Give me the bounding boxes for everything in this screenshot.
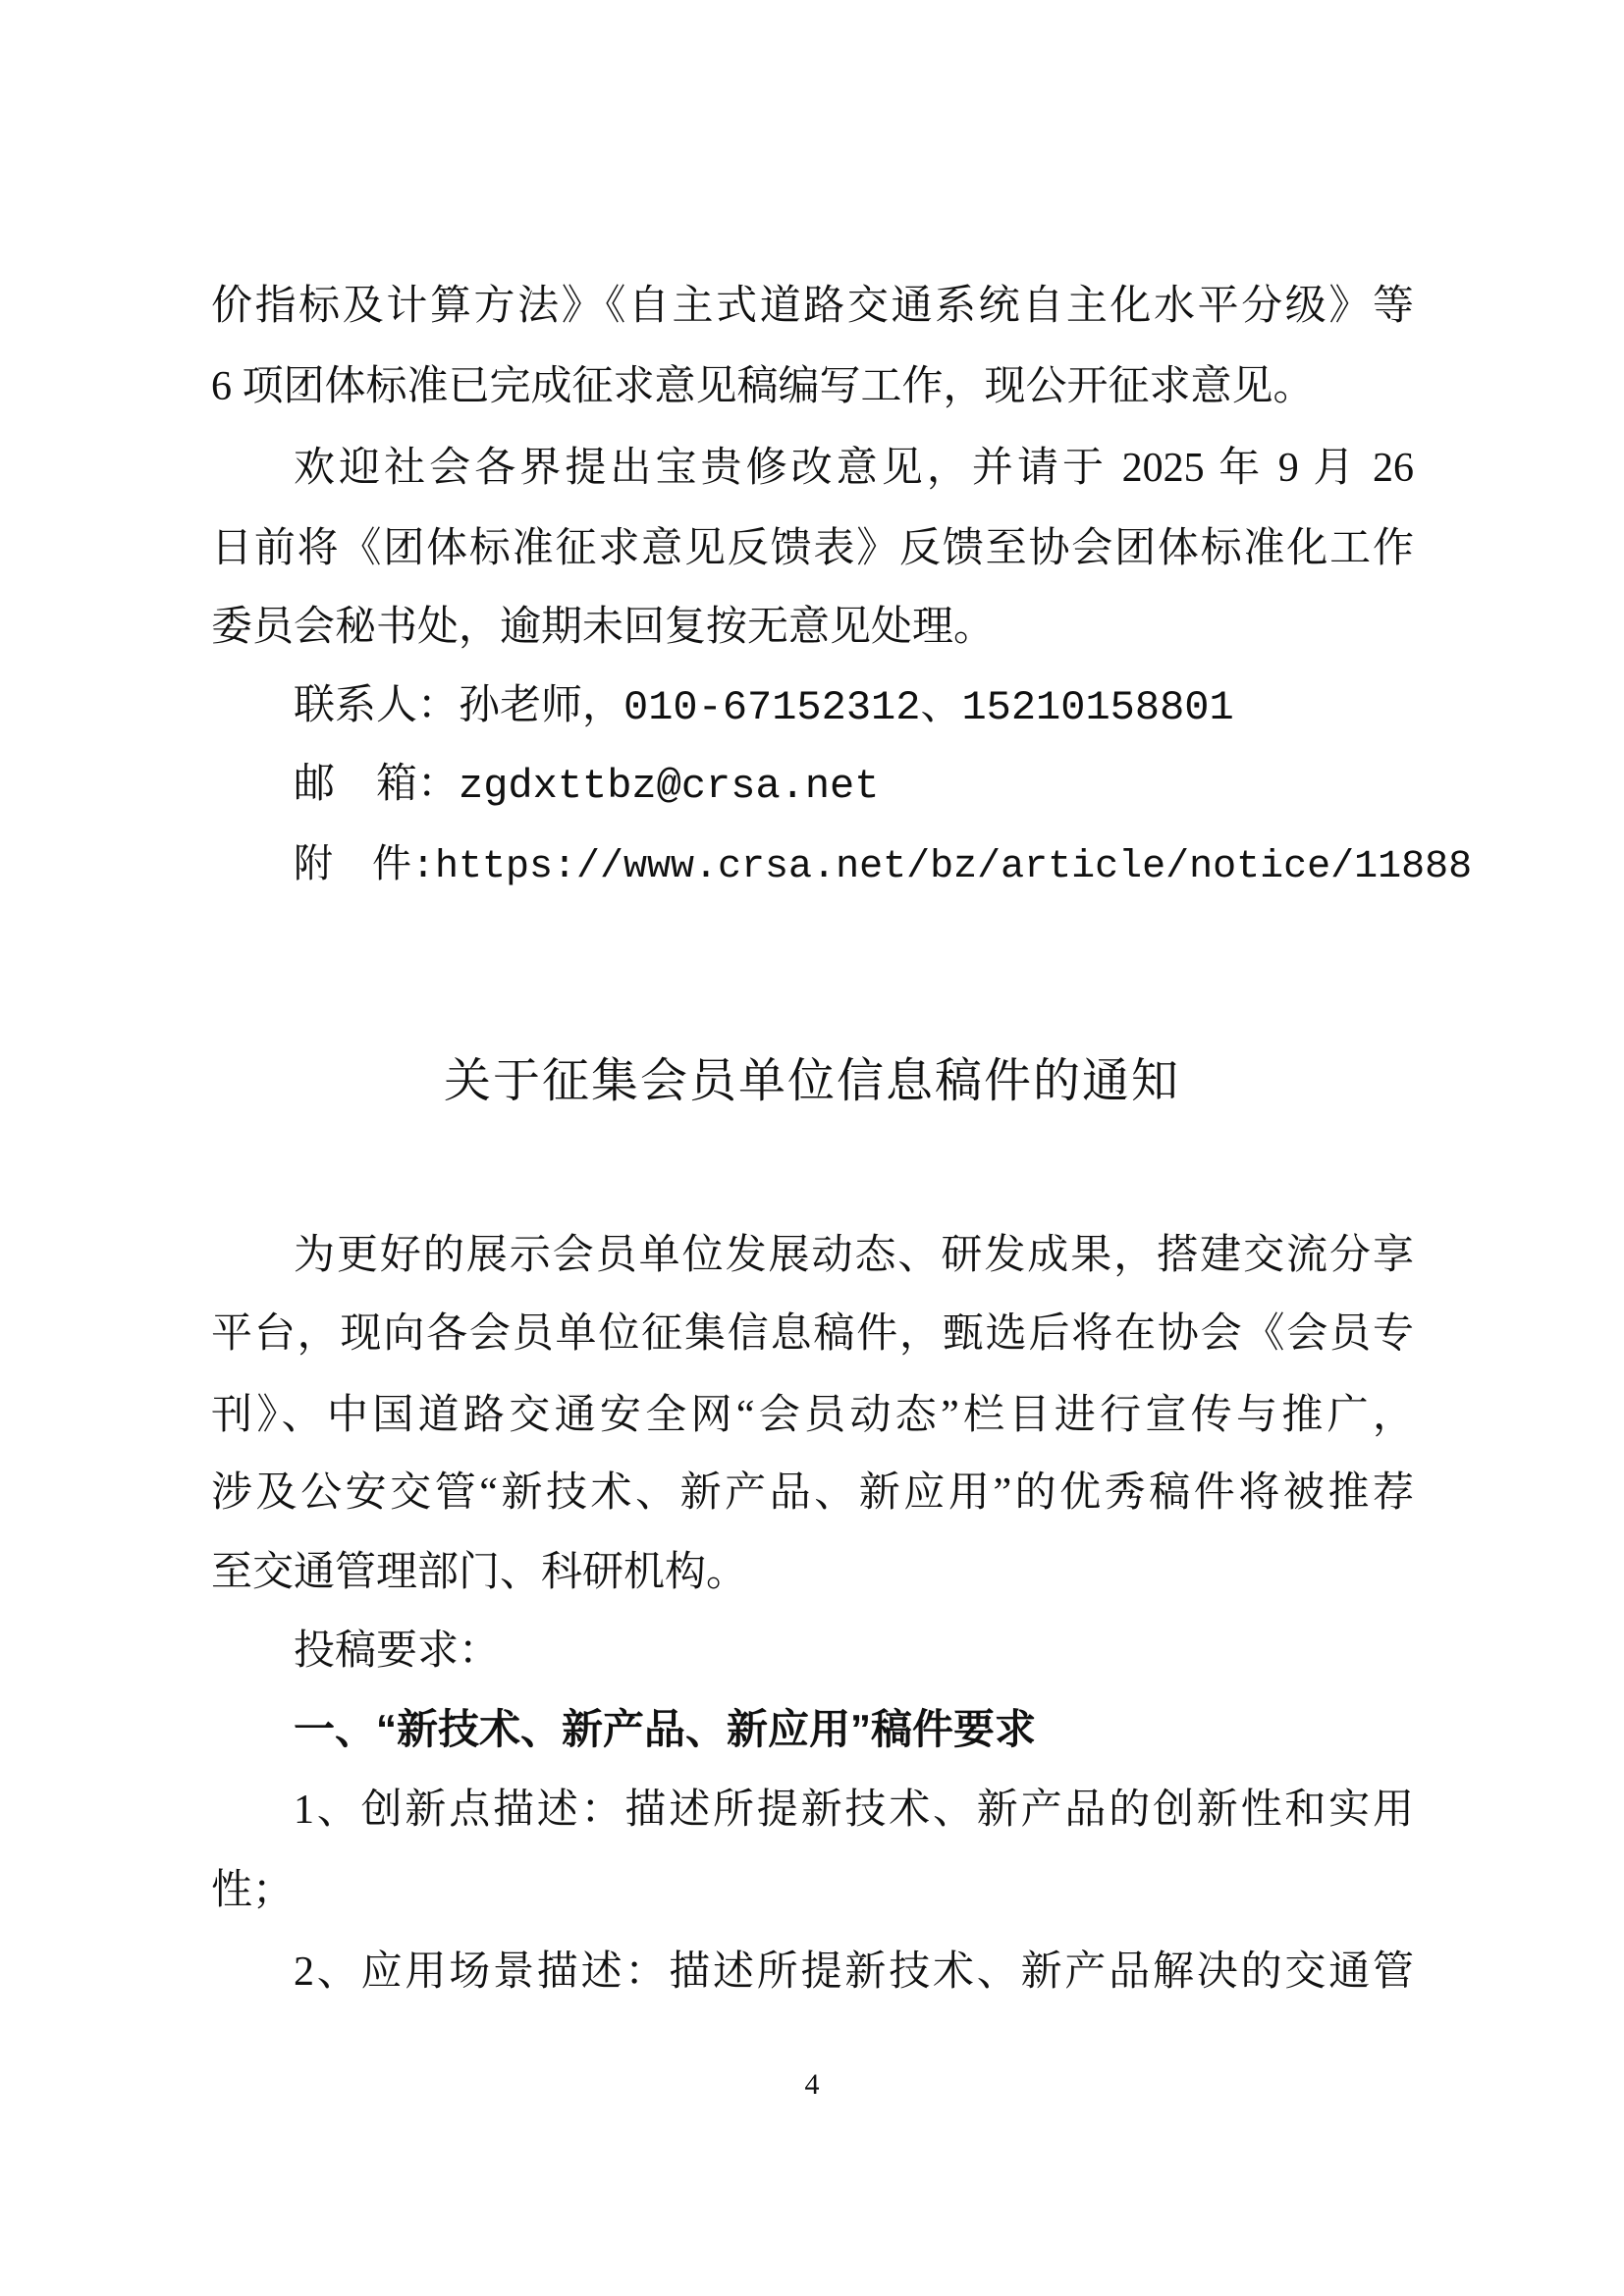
contact-person-line: 联系人：孙老师，010-67152312、15210158801 <box>211 681 1414 734</box>
body-line: 性； <box>211 1864 1414 1917</box>
page-number: 4 <box>0 2067 1624 2103</box>
body-line: 1、创新点描述：描述所提新技术、新产品的创新性和实用 <box>211 1784 1414 1837</box>
body-line: 刊》、中国道路交通安全网“会员动态”栏目进行宣传与推广， <box>211 1389 1414 1442</box>
body-line: 日前将《团体标准征求意见反馈表》反馈至协会团体标准化工作 <box>211 522 1414 575</box>
notice-title: 关于征集会员单位信息稿件的通知 <box>0 1052 1624 1111</box>
body-line: 2、应用场景描述：描述所提新技术、新产品解决的交通管 <box>211 1946 1414 1999</box>
section-heading: 一、“新技术、新产品、新应用”稿件要求 <box>211 1703 1414 1756</box>
document-page: 价指标及计算方法》《自主式道路交通系统自主化水平分级》等 6 项团体标准已完成征… <box>0 0 1624 2296</box>
attachment-url-line: 附 件:https://www.crsa.net/bz/article/noti… <box>211 841 1414 894</box>
body-line: 至交通管理部门、科研机构。 <box>211 1546 1414 1599</box>
body-line: 欢迎社会各界提出宝贵修改意见，并请于 2025 年 9 月 26 <box>211 442 1414 495</box>
body-line: 涉及公安交管“新技术、新产品、新应用”的优秀稿件将被推荐 <box>211 1467 1414 1520</box>
body-line: 价指标及计算方法》《自主式道路交通系统自主化水平分级》等 <box>211 280 1414 333</box>
body-line: 委员会秘书处，逾期未回复按无意见处理。 <box>211 601 1414 654</box>
body-line: 6 项团体标准已完成征求意见稿编写工作，现公开征求意见。 <box>211 360 1414 413</box>
body-line: 平台，现向各会员单位征集信息稿件，甄选后将在协会《会员专 <box>211 1308 1414 1361</box>
submission-requirements-label: 投稿要求： <box>211 1625 1414 1678</box>
body-line: 为更好的展示会员单位发展动态、研发成果，搭建交流分享 <box>211 1229 1414 1282</box>
contact-email-line: 邮 箱：zgdxttbz@crsa.net <box>211 760 1414 813</box>
